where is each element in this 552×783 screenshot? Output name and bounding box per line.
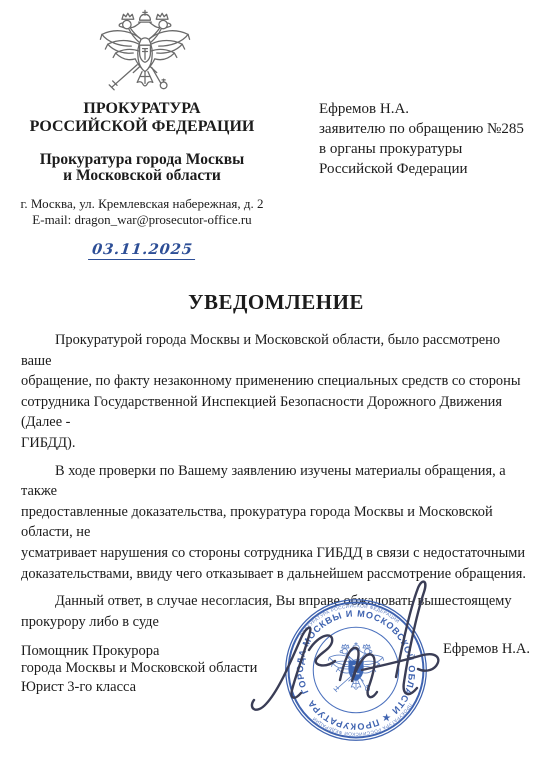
recipient-block: Ефремов Н.А. заявителю по обращению №285… [319, 99, 539, 179]
org-address: г. Москва, ул. Кремлевская набережная, д… [2, 196, 282, 212]
signer-name: Ефремов Н.А. [443, 641, 530, 658]
document-page: ПРОКУРАТУРА РОССИЙСКОЙ ФЕДЕРАЦИИ Прокура… [0, 0, 552, 783]
org-address-block: г. Москва, ул. Кремлевская набережная, д… [2, 196, 282, 227]
paragraph-2: В ходе проверки по Вашему заявлению изуч… [21, 461, 533, 585]
handwritten-date: 03.11.2025 [88, 241, 197, 260]
org-email: E-mail: dragon_war@prosecutor-office.ru [2, 212, 282, 228]
org-title: ПРОКУРАТУРА РОССИЙСКОЙ ФЕДЕРАЦИИ [12, 100, 272, 135]
document-title: УВЕДОМЛЕНИЕ [0, 290, 552, 315]
org-subtitle: Прокуратура города Москвы и Московской о… [12, 152, 272, 184]
signer-rank: Юрист 3-го класса [21, 679, 136, 696]
signer-position: Помощник Прокурора города Москвы и Моско… [21, 643, 257, 676]
handwritten-signature [246, 574, 450, 718]
coat-of-arms-eagle-icon [96, 8, 194, 100]
date-line: 03.11.2025 [12, 241, 272, 260]
paragraph-1: Прокуратурой города Москвы и Московской … [21, 330, 533, 454]
